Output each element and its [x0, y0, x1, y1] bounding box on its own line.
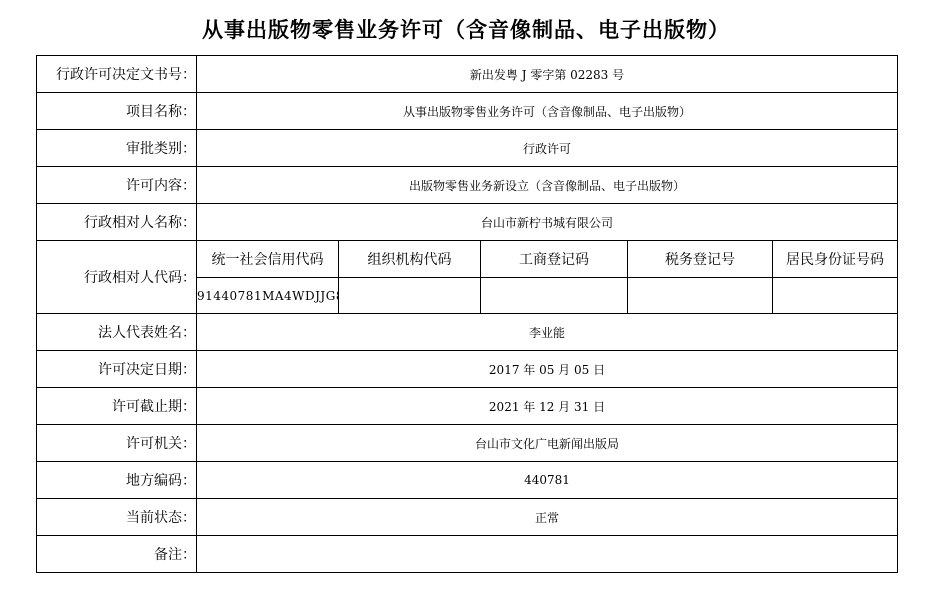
value-current-status: 正常	[197, 499, 898, 536]
code-header-tax-reg: 税务登记号	[628, 241, 773, 278]
value-decision-date: 2017 年 05 月 05 日	[197, 351, 898, 388]
value-legal-rep-name: 李业能	[197, 314, 898, 351]
table-row-counterpart-code-headers: 行政相对人代码： 统一社会信用代码 组织机构代码 工商登记码 税务登记号 居民身…	[37, 241, 898, 278]
label-remarks: 备注：	[37, 536, 197, 573]
label-decision-date: 许可决定日期：	[37, 351, 197, 388]
table-row-current-status: 当前状态： 正常	[37, 499, 898, 536]
code-value-business-reg	[481, 278, 628, 314]
page-title: 从事出版物零售业务许可（含音像制品、电子出版物）	[0, 14, 932, 44]
value-project-name: 从事出版物零售业务许可（含音像制品、电子出版物）	[197, 93, 898, 130]
value-license-content: 出版物零售业务新设立（含音像制品、电子出版物）	[197, 167, 898, 204]
label-document-number: 行政许可决定文书号：	[37, 56, 197, 93]
label-license-content: 许可内容：	[37, 167, 197, 204]
table-row-licensing-authority: 许可机关： 台山市文化广电新闻出版局	[37, 425, 898, 462]
table-row-approval-category: 审批类别： 行政许可	[37, 130, 898, 167]
table-row-remarks: 备注：	[37, 536, 898, 573]
label-legal-rep-name: 法人代表姓名：	[37, 314, 197, 351]
label-counterpart-name: 行政相对人名称：	[37, 204, 197, 241]
label-local-code: 地方编码：	[37, 462, 197, 499]
value-counterpart-name: 台山市新柠书城有限公司	[197, 204, 898, 241]
label-expiry-date: 许可截止期：	[37, 388, 197, 425]
value-approval-category: 行政许可	[197, 130, 898, 167]
label-current-status: 当前状态：	[37, 499, 197, 536]
table-row-decision-date: 许可决定日期： 2017 年 05 月 05 日	[37, 351, 898, 388]
table-row-counterpart-name: 行政相对人名称： 台山市新柠书城有限公司	[37, 204, 898, 241]
license-table: 行政许可决定文书号： 新出发粤 J 零字第 02283 号 项目名称： 从事出版…	[36, 55, 898, 573]
value-local-code: 440781	[197, 462, 898, 499]
code-value-id-number	[773, 278, 898, 314]
value-document-number: 新出发粤 J 零字第 02283 号	[197, 56, 898, 93]
code-value-org-code	[339, 278, 481, 314]
label-project-name: 项目名称：	[37, 93, 197, 130]
table-row-local-code: 地方编码： 440781	[37, 462, 898, 499]
license-document: 从事出版物零售业务许可（含音像制品、电子出版物） 行政许可决定文书号： 新出发粤…	[0, 0, 932, 608]
code-header-id-number: 居民身份证号码	[773, 241, 898, 278]
code-header-uscc: 统一社会信用代码	[197, 241, 339, 278]
code-header-business-reg: 工商登记码	[481, 241, 628, 278]
code-header-org-code: 组织机构代码	[339, 241, 481, 278]
table-row-project-name: 项目名称： 从事出版物零售业务许可（含音像制品、电子出版物）	[37, 93, 898, 130]
table-row-legal-rep-name: 法人代表姓名： 李业能	[37, 314, 898, 351]
value-remarks	[197, 536, 898, 573]
table-row-document-number: 行政许可决定文书号： 新出发粤 J 零字第 02283 号	[37, 56, 898, 93]
code-value-tax-reg	[628, 278, 773, 314]
value-licensing-authority: 台山市文化广电新闻出版局	[197, 425, 898, 462]
code-value-uscc: 91440781MA4WDJJG8P	[197, 278, 339, 314]
label-approval-category: 审批类别：	[37, 130, 197, 167]
table-row-license-content: 许可内容： 出版物零售业务新设立（含音像制品、电子出版物）	[37, 167, 898, 204]
table-row-expiry-date: 许可截止期： 2021 年 12 月 31 日	[37, 388, 898, 425]
label-licensing-authority: 许可机关：	[37, 425, 197, 462]
value-expiry-date: 2021 年 12 月 31 日	[197, 388, 898, 425]
label-counterpart-code: 行政相对人代码：	[37, 241, 197, 314]
